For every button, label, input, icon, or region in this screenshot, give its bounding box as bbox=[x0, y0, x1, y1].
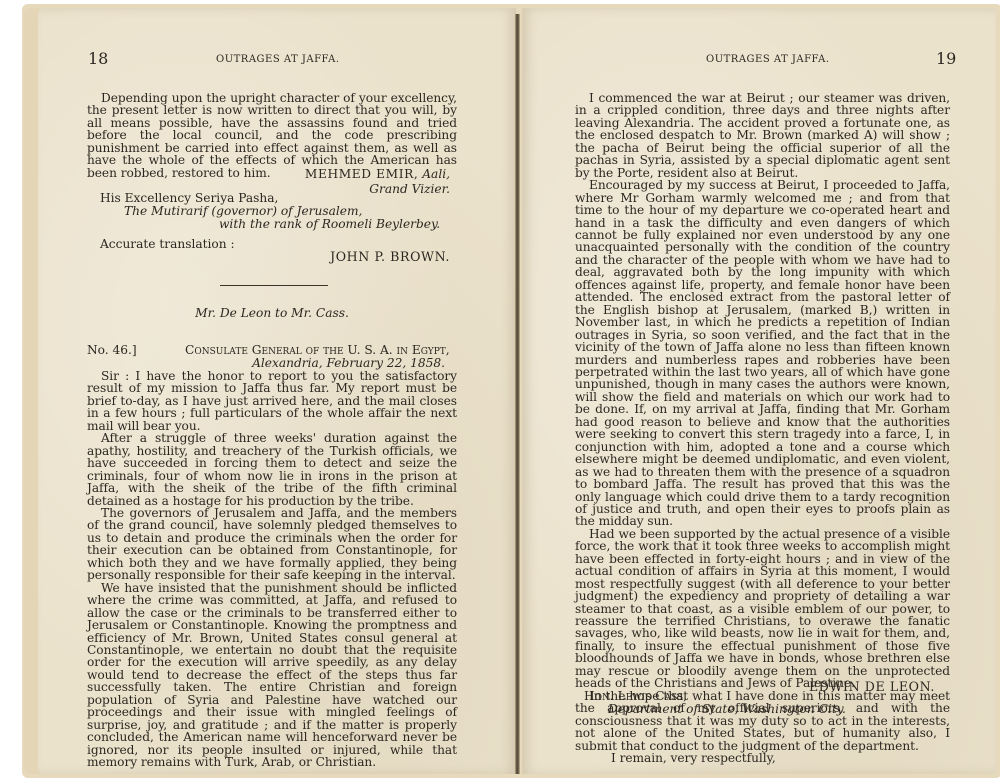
page-number-right: 19 bbox=[936, 49, 956, 68]
addressee-block: His Excellency Seriya Pasha, The Mutirar… bbox=[100, 192, 460, 231]
signature-name: MEHMED EMIR, bbox=[305, 167, 418, 181]
dispatch-body-right: I commenced the war at Beirut ; our stea… bbox=[575, 92, 950, 764]
page-number-left: 18 bbox=[88, 49, 108, 68]
body-paragraph: The governors of Jerusalem and Jaffa, an… bbox=[87, 507, 457, 582]
body-paragraph: I commenced the war at Beirut ; our stea… bbox=[575, 92, 950, 179]
closing-line: I remain, very respectfully, bbox=[575, 752, 950, 764]
dispatch-body-left: Sir : I have the honor to report to you … bbox=[87, 370, 457, 769]
body-paragraph: Encouraged by my success at Beirut, I pr… bbox=[575, 179, 950, 528]
running-head-right: OUTRAGES AT JAFFA. bbox=[706, 54, 830, 65]
body-paragraph: Had we been supported by the actual pres… bbox=[575, 528, 950, 690]
dispatch-heading: No. 46.] Consulate General of the U. S. … bbox=[87, 344, 457, 369]
dispatch-number: No. 46.] bbox=[87, 344, 185, 357]
translator-signature: JOHN P. BROWN. bbox=[87, 249, 450, 264]
section-title: Mr. De Leon to Mr. Cass. bbox=[87, 306, 457, 320]
section-divider bbox=[220, 285, 328, 286]
dispatch-origin: Consulate General of the U. S. A. in Egy… bbox=[185, 344, 450, 357]
open-book: 18 OUTRAGES AT JAFFA. Depending upon the… bbox=[0, 0, 1000, 781]
body-paragraph: We have insisted that the punishment sho… bbox=[87, 582, 457, 769]
signature-title: Aali, bbox=[422, 167, 450, 181]
translator-name: JOHN P. BROWN. bbox=[330, 249, 450, 264]
addressee-block-cass: Hon. Lewis Cass, Department of State, Wa… bbox=[584, 690, 954, 716]
addressee-line: with the rank of Roomeli Beylerbey. bbox=[100, 218, 460, 231]
addressee-line: Department of State, Washington City. bbox=[584, 703, 954, 716]
body-paragraph: After a struggle of three weeks' duratio… bbox=[87, 432, 457, 507]
dispatch-place-date: Alexandria, February 22, 1858. bbox=[87, 357, 457, 370]
running-head-left: OUTRAGES AT JAFFA. bbox=[216, 54, 340, 65]
body-paragraph: Sir : I have the honor to report to you … bbox=[87, 370, 457, 432]
book-spine-gutter bbox=[515, 14, 520, 774]
